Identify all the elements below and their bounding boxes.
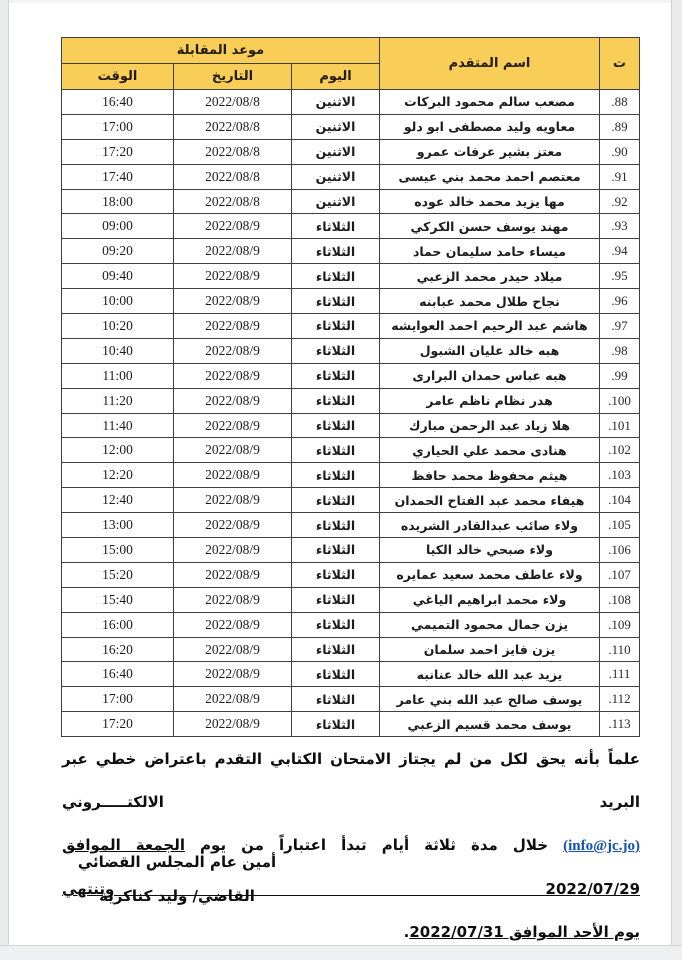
- interview-date: 2022/08/9: [174, 562, 292, 587]
- interview-day: الثلاثاء: [292, 363, 380, 388]
- applicant-name: مهند يوسف حسن الكركي: [380, 214, 600, 239]
- interview-date: 2022/08/9: [174, 463, 292, 488]
- header-day: اليوم: [292, 64, 380, 90]
- interview-date: 2022/08/9: [174, 239, 292, 264]
- header-applicant-name: اسم المتقدم: [380, 38, 600, 90]
- applicant-name: يزن فايز احمد سلمان: [380, 637, 600, 662]
- interview-time: 15:00: [61, 538, 173, 563]
- interview-time: 16:40: [61, 90, 173, 115]
- row-number: .88: [600, 90, 640, 115]
- interview-date: 2022/08/9: [174, 488, 292, 513]
- table-row: .110 يزن فايز احمد سلمان الثلاثاء 2022/0…: [61, 637, 639, 662]
- interview-date: 2022/08/9: [174, 612, 292, 637]
- interview-time: 09:20: [61, 239, 173, 264]
- interview-day: الثلاثاء: [292, 712, 380, 737]
- row-number: .109: [600, 612, 640, 637]
- interview-day: الثلاثاء: [292, 463, 380, 488]
- row-number: .103: [600, 463, 640, 488]
- table-row: .101 هلا زياد عبد الرحمن مبارك الثلاثاء …: [61, 413, 639, 438]
- applicant-name: هيفاء محمد عبد الفتاح الحمدان: [380, 488, 600, 513]
- objection-notice: علماً بأنه يحق لكل من لم يجتاز الامتحان …: [62, 738, 640, 954]
- table-row: .112 يوسف صالح عبد الله بني عامر الثلاثا…: [61, 687, 639, 712]
- table-row: .95 ميلاد حيدر محمد الزعبي الثلاثاء 2022…: [61, 264, 639, 289]
- applicant-name: ولاء عاطف محمد سعيد عمايره: [380, 562, 600, 587]
- interview-time: 12:00: [61, 438, 173, 463]
- applicant-name: ميساء حامد سليمان حماد: [380, 239, 600, 264]
- row-number: .104: [600, 488, 640, 513]
- interview-date: 2022/08/9: [174, 438, 292, 463]
- row-number: .108: [600, 587, 640, 612]
- interview-time: 17:20: [61, 139, 173, 164]
- applicant-name: هدر نظام ناظم عامر: [380, 388, 600, 413]
- interview-day: الاثنين: [292, 164, 380, 189]
- row-number: .106: [600, 538, 640, 563]
- interview-time: 10:00: [61, 289, 173, 314]
- interview-date: 2022/08/9: [174, 662, 292, 687]
- table-row: .100 هدر نظام ناظم عامر الثلاثاء 2022/08…: [61, 388, 639, 413]
- interview-day: الثلاثاء: [292, 637, 380, 662]
- interview-time: 10:20: [61, 314, 173, 339]
- interview-day: الثلاثاء: [292, 538, 380, 563]
- signature-title: أمين عام المجلس القضائي: [62, 853, 292, 871]
- row-number: .90: [600, 139, 640, 164]
- row-number: .105: [600, 513, 640, 538]
- interview-schedule-table: ت اسم المتقدم موعد المقابلة اليوم التاري…: [61, 37, 640, 737]
- interview-day: الثلاثاء: [292, 289, 380, 314]
- header-time: الوقت: [61, 64, 173, 90]
- header-appointment: موعد المقابلة: [61, 38, 379, 64]
- interview-day: الثلاثاء: [292, 662, 380, 687]
- row-number: .92: [600, 189, 640, 214]
- applicant-name: يزن جمال محمود التميمي: [380, 612, 600, 637]
- row-number: .93: [600, 214, 640, 239]
- interview-day: الثلاثاء: [292, 587, 380, 612]
- row-number: .89: [600, 114, 640, 139]
- interview-time: 09:40: [61, 264, 173, 289]
- interview-day: الثلاثاء: [292, 413, 380, 438]
- interview-time: 17:00: [61, 687, 173, 712]
- interview-date: 2022/08/9: [174, 314, 292, 339]
- page-edge-left: [0, 0, 9, 960]
- end-date-bold: يوم الأحد الموافق 2022/07/31: [409, 923, 640, 941]
- applicant-name: يزيد عبد الله خالد عنانبه: [380, 662, 600, 687]
- interview-time: 11:20: [61, 388, 173, 413]
- applicant-name: ولاء صبحي خالد الكيا: [380, 538, 600, 563]
- row-number: .97: [600, 314, 640, 339]
- interview-date: 2022/08/9: [174, 338, 292, 363]
- interview-date: 2022/08/9: [174, 264, 292, 289]
- interview-date: 2022/08/9: [174, 587, 292, 612]
- table-row: .104 هيفاء محمد عبد الفتاح الحمدان الثلا…: [61, 488, 639, 513]
- interview-date: 2022/08/9: [174, 388, 292, 413]
- row-number: .98: [600, 338, 640, 363]
- page-edge-top: [0, 0, 682, 3]
- row-number: .112: [600, 687, 640, 712]
- interview-day: الاثنين: [292, 90, 380, 115]
- applicant-name: نجاح طلال محمد عبابنه: [380, 289, 600, 314]
- table-row: .113 يوسف محمد قسيم الزعبي الثلاثاء 2022…: [61, 712, 639, 737]
- table-row: .105 ولاء صائب عبدالقادر الشريده الثلاثا…: [61, 513, 639, 538]
- table-row: .106 ولاء صبحي خالد الكيا الثلاثاء 2022/…: [61, 538, 639, 563]
- interview-day: الاثنين: [292, 114, 380, 139]
- table-row: .109 يزن جمال محمود التميمي الثلاثاء 202…: [61, 612, 639, 637]
- interview-time: 10:40: [61, 338, 173, 363]
- interview-day: الثلاثاء: [292, 562, 380, 587]
- applicant-name: هنادى محمد علي الحياري: [380, 438, 600, 463]
- interview-date: 2022/08/9: [174, 712, 292, 737]
- applicant-name: ولاء محمد ابراهيم الياغي: [380, 587, 600, 612]
- interview-time: 11:00: [61, 363, 173, 388]
- interview-day: الثلاثاء: [292, 488, 380, 513]
- email-link[interactable]: (info@jc.jo): [563, 838, 640, 854]
- interview-date: 2022/08/9: [174, 513, 292, 538]
- applicant-name: ولاء صائب عبدالقادر الشريده: [380, 513, 600, 538]
- interview-date: 2022/08/8: [174, 114, 292, 139]
- interview-day: الثلاثاء: [292, 687, 380, 712]
- interview-date: 2022/08/8: [174, 164, 292, 189]
- interview-date: 2022/08/8: [174, 189, 292, 214]
- applicant-name: معتز بشير عرفات عمرو: [380, 139, 600, 164]
- table-row: .102 هنادى محمد علي الحياري الثلاثاء 202…: [61, 438, 639, 463]
- row-number: .102: [600, 438, 640, 463]
- table-row: .89 معاويه وليد مصطفى ابو دلو الاثنين 20…: [61, 114, 639, 139]
- row-number: .91: [600, 164, 640, 189]
- applicant-name: يوسف محمد قسيم الزعبي: [380, 712, 600, 737]
- row-number: .95: [600, 264, 640, 289]
- interview-date: 2022/08/9: [174, 413, 292, 438]
- interview-day: الثلاثاء: [292, 438, 380, 463]
- applicant-name: مصعب سالم محمود البركات: [380, 90, 600, 115]
- applicant-name: هبه عباس حمدان البرارى: [380, 363, 600, 388]
- header-number: ت: [600, 38, 640, 90]
- interview-day: الثلاثاء: [292, 338, 380, 363]
- row-number: .99: [600, 363, 640, 388]
- interview-day: الثلاثاء: [292, 314, 380, 339]
- table-row: .88 مصعب سالم محمود البركات الاثنين 2022…: [61, 90, 639, 115]
- header-date: التاريخ: [174, 64, 292, 90]
- interview-time: 12:20: [61, 463, 173, 488]
- interview-date: 2022/08/9: [174, 637, 292, 662]
- table-row: .94 ميساء حامد سليمان حماد الثلاثاء 2022…: [61, 239, 639, 264]
- interview-time: 11:40: [61, 413, 173, 438]
- applicant-name: مها يزيد محمد خالد عوده: [380, 189, 600, 214]
- signature-name: القاضي/ وليد كناكرية: [62, 887, 292, 905]
- interview-time: 15:20: [61, 562, 173, 587]
- table-row: .108 ولاء محمد ابراهيم الياغي الثلاثاء 2…: [61, 587, 639, 612]
- row-number: .113: [600, 712, 640, 737]
- interview-day: الثلاثاء: [292, 513, 380, 538]
- interview-time: 15:40: [61, 587, 173, 612]
- interview-time: 18:00: [61, 189, 173, 214]
- table-row: .93 مهند يوسف حسن الكركي الثلاثاء 2022/0…: [61, 214, 639, 239]
- table-row: .91 معتصم احمد محمد بني عيسى الاثنين 202…: [61, 164, 639, 189]
- table-row: .111 يزيد عبد الله خالد عنانبه الثلاثاء …: [61, 662, 639, 687]
- interview-time: 16:00: [61, 612, 173, 637]
- table-row: .96 نجاح طلال محمد عبابنه الثلاثاء 2022/…: [61, 289, 639, 314]
- row-number: .111: [600, 662, 640, 687]
- interview-time: 17:00: [61, 114, 173, 139]
- interview-day: الثلاثاء: [292, 612, 380, 637]
- applicant-name: هاشم عبد الرحيم احمد العوايشه: [380, 314, 600, 339]
- table-row: .99 هبه عباس حمدان البرارى الثلاثاء 2022…: [61, 363, 639, 388]
- interview-day: الثلاثاء: [292, 214, 380, 239]
- interview-time: 09:00: [61, 214, 173, 239]
- applicant-name: معاويه وليد مصطفى ابو دلو: [380, 114, 600, 139]
- interview-date: 2022/08/9: [174, 214, 292, 239]
- interview-time: 17:40: [61, 164, 173, 189]
- notice-line-2-text: خلال مدة ثلاثة أيام تبدأ اعتباراً من يوم: [200, 836, 548, 854]
- signature-block: أمين عام المجلس القضائي القاضي/ وليد كنا…: [62, 853, 292, 921]
- interview-day: الثلاثاء: [292, 239, 380, 264]
- applicant-name: معتصم احمد محمد بني عيسى: [380, 164, 600, 189]
- row-number: .94: [600, 239, 640, 264]
- applicant-name: يوسف صالح عبد الله بني عامر: [380, 687, 600, 712]
- interview-time: 12:40: [61, 488, 173, 513]
- interview-date: 2022/08/9: [174, 687, 292, 712]
- interview-time: 16:40: [61, 662, 173, 687]
- interview-day: الثلاثاء: [292, 264, 380, 289]
- table-row: .90 معتز بشير عرفات عمرو الاثنين 2022/08…: [61, 139, 639, 164]
- table-row: .103 هيثم محفوظ محمد حافظ الثلاثاء 2022/…: [61, 463, 639, 488]
- notice-line-1: علماً بأنه يحق لكل من لم يجتاز الامتحان …: [62, 738, 640, 824]
- page-edge-right: [671, 0, 682, 960]
- interview-date: 2022/08/8: [174, 90, 292, 115]
- row-number: .110: [600, 637, 640, 662]
- interview-date: 2022/08/9: [174, 538, 292, 563]
- table-header: ت اسم المتقدم موعد المقابلة اليوم التاري…: [61, 38, 639, 90]
- row-number: .96: [600, 289, 640, 314]
- interview-date: 2022/08/8: [174, 139, 292, 164]
- row-number: .107: [600, 562, 640, 587]
- row-number: .101: [600, 413, 640, 438]
- applicant-name: هلا زياد عبد الرحمن مبارك: [380, 413, 600, 438]
- interview-day: الاثنين: [292, 139, 380, 164]
- applicant-name: هبه خالد عليان الشبول: [380, 338, 600, 363]
- interview-date: 2022/08/9: [174, 363, 292, 388]
- applicant-name: ميلاد حيدر محمد الزعبي: [380, 264, 600, 289]
- row-number: .100: [600, 388, 640, 413]
- table-row: .107 ولاء عاطف محمد سعيد عمايره الثلاثاء…: [61, 562, 639, 587]
- interview-time: 16:20: [61, 637, 173, 662]
- table-row: .92 مها يزيد محمد خالد عوده الاثنين 2022…: [61, 189, 639, 214]
- applicant-name: هيثم محفوظ محمد حافظ: [380, 463, 600, 488]
- table-row: .98 هبه خالد عليان الشبول الثلاثاء 2022/…: [61, 338, 639, 363]
- interview-day: الثلاثاء: [292, 388, 380, 413]
- table-row: .97 هاشم عبد الرحيم احمد العوايشه الثلاث…: [61, 314, 639, 339]
- interview-day: الاثنين: [292, 189, 380, 214]
- interview-time: 17:20: [61, 712, 173, 737]
- interview-date: 2022/08/9: [174, 289, 292, 314]
- interview-time: 13:00: [61, 513, 173, 538]
